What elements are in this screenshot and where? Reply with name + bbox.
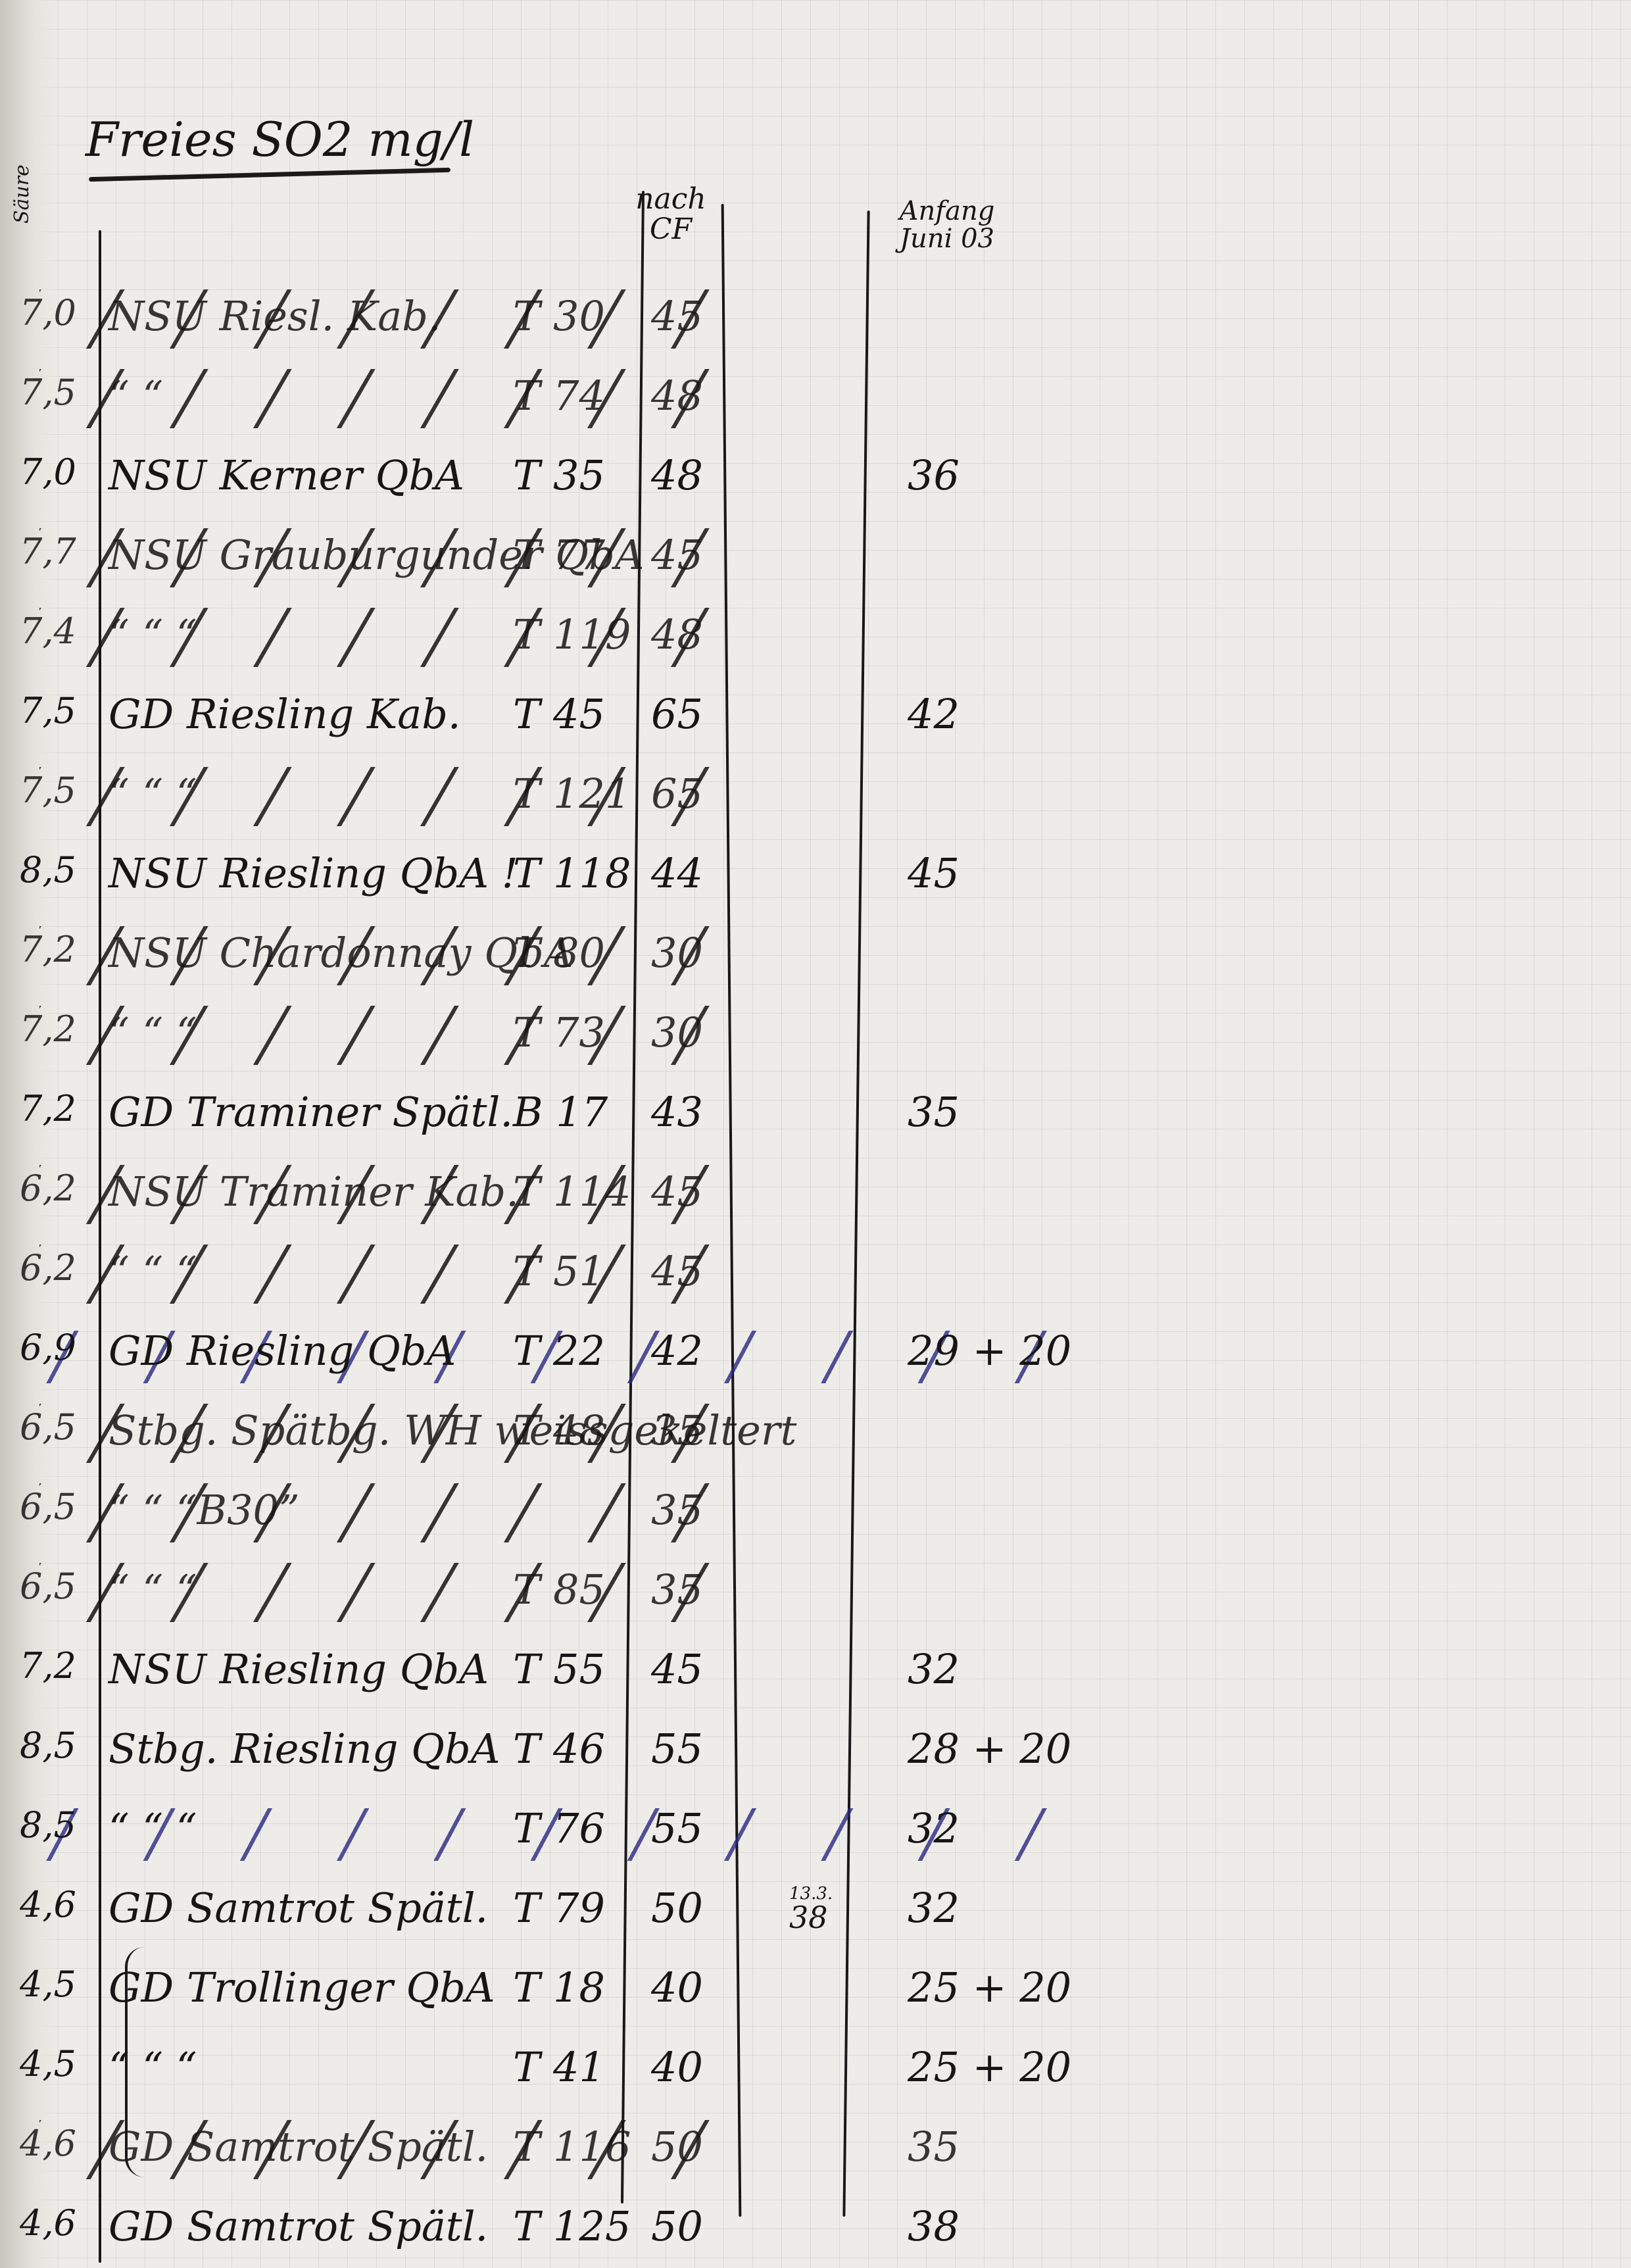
table-row: 7,0 NSU Kerner QbA T 35 48 36 [0,442,1631,521]
wine-name: “ “ “ [109,1247,197,1295]
table-row: 4,6 GD Samtrot Spätl. T 125 50 38 [0,2193,1631,2268]
tank-number: T 79 [513,1884,605,1932]
so2-after-cf: 45 [651,292,703,340]
so2-after-cf: 48 [651,451,703,499]
table-row: 6,5 “ “ “B30” 35 [0,1477,1631,1556]
wine-name: “ “ “ [109,610,197,658]
so2-june: 36 [908,451,960,499]
so2-after-cf: 42 [651,1327,703,1375]
table-row: 6,5 Stbg. Spätbg. WH weissgekeltert T 48… [0,1397,1631,1476]
table-row: 8,5 NSU Riesling QbA ! T 118 44 45 [0,840,1631,919]
so2-after-cf: 45 [651,1168,703,1216]
so2-after-cf: 30 [651,929,703,977]
acid-value: 4,5 [20,1963,76,2005]
wine-name: NSU Riesl. Kab. [109,292,441,340]
table-row: 4,5 “ “ “ T 41 40 25 + 20 [0,2034,1631,2113]
so2-after-cf: 30 [651,1008,703,1056]
wine-name: NSU Chardonnay QbA [109,929,573,977]
table-row: 7,4 “ “ “ T 119 48 [0,601,1631,680]
column-header-june: Anfang Juni 03 [881,197,1013,253]
tank-number: T 74 [513,372,605,420]
acid-value: 8,5 [20,1804,76,1846]
wine-name: NSU Traminer Kab. [109,1168,519,1216]
so2-june: 38 [908,2202,960,2250]
acid-value: 7,5 [20,690,76,731]
so2-after-cf: 45 [651,1645,703,1693]
wine-name: GD Samtrot Spätl. [109,1884,488,1932]
tank-number: B 17 [513,1088,608,1136]
acid-value: 7,0 [20,292,76,333]
so2-after-cf: 48 [651,372,703,420]
so2-after-cf: 35 [651,1565,703,1614]
acid-value: 4,6 [20,1884,76,1925]
acid-value: 7,7 [20,531,76,572]
table-row: 4,6 GD Samtrot Spätl. T 116 50 35 [0,2113,1631,2192]
notebook-page: Freies SO2 mg/l Säure nach CF Anfang Jun… [0,0,1631,2268]
table-row: 6,2 NSU Traminer Kab. T 114 45 [0,1158,1631,1237]
acid-value: 7,2 [20,1008,76,1050]
tank-number: T 22 [513,1327,605,1375]
title-underline [89,168,450,182]
acid-value: 7,5 [20,372,76,413]
so2-after-cf: 48 [651,610,703,658]
tank-number: T 121 [513,770,631,818]
tank-number: T 118 [513,849,631,897]
tank-number: T 30 [513,292,605,340]
acid-value: 7,0 [20,451,76,493]
acid-value: 6,5 [20,1406,76,1448]
acid-value: 7,5 [20,770,76,811]
so2-june: 32 [908,1804,960,1852]
so2-june: 35 [908,2123,960,2171]
table-row: 4,6 GD Samtrot Spätl. T 79 50 13.3.38 32 [0,1875,1631,1954]
so2-after-cf: 45 [651,531,703,579]
so2-after-cf: 40 [651,2043,703,2091]
column-header-acid: Säure [12,164,33,224]
acid-value: 8,5 [20,1725,76,1766]
table-row: 7,0 NSU Riesl. Kab. T 30 45 [0,283,1631,362]
acid-value: 4,6 [20,2123,76,2164]
so2-after-cf: 43 [651,1088,703,1136]
tank-number: T 35 [513,451,605,499]
so2-june: 35 [908,1088,960,1136]
acid-value: 7,2 [20,1088,76,1129]
acid-value: 8,5 [20,849,76,891]
so2-after-cf: 40 [651,1963,703,2011]
table-row: 8,5 Stbg. Riesling QbA T 46 55 28 + 20 [0,1715,1631,1794]
so2-june: 45 [908,849,960,897]
table-row: 7,5 “ “ “ T 121 65 [0,760,1631,839]
wine-name: GD Traminer Spätl. [109,1088,513,1136]
so2-after-cf: 55 [651,1725,703,1773]
tank-number: T 18 [513,1963,605,2011]
wine-name: “ “ “ [109,1565,197,1614]
table-row: 7,5 GD Riesling Kab. T 45 65 42 [0,681,1631,760]
tank-number: T 116 [513,2123,631,2171]
table-row: 4,5 GD Trollinger QbA T 18 40 25 + 20 [0,1954,1631,2033]
tank-number: T 51 [513,1247,605,1295]
wine-name: GD Riesling QbA [109,1327,456,1375]
table-row: 7,5 “ “ T 74 48 [0,362,1631,441]
table-row: 6,2 “ “ “ T 51 45 [0,1238,1631,1317]
acid-value: 4,5 [20,2043,76,2084]
wine-name: “ “ “ [109,770,197,818]
so2-after-cf: 50 [651,2123,703,2171]
tank-number: T 85 [513,1565,605,1614]
so2-june: 32 [908,1645,960,1693]
so2-after-cf: 44 [651,849,703,897]
tank-number: T 119 [513,610,631,658]
tank-number: T 73 [513,1008,605,1056]
tank-number: T 80 [513,929,605,977]
so2-interim: 13.3.38 [789,1884,833,1935]
wine-name: “ “ [109,372,163,420]
tank-number: T 125 [513,2202,631,2250]
acid-value: 6,2 [20,1168,76,1209]
wine-name: NSU Riesling QbA [109,1645,489,1693]
tank-number: T 48 [513,1406,605,1454]
wine-name: “ “ “B30” [109,1486,300,1534]
so2-june: 25 + 20 [908,1963,1071,2011]
wine-name: Stbg. Riesling QbA [109,1725,500,1773]
tank-number: T 55 [513,1645,605,1693]
acid-value: 6,2 [20,1247,76,1289]
so2-june: 29 + 20 [908,1327,1071,1375]
tank-number: T 114 [513,1168,631,1216]
table-row: 7,2 NSU Riesling QbA T 55 45 32 [0,1636,1631,1715]
acid-value: 7,2 [20,1645,76,1687]
table-row: 7,2 NSU Chardonnay QbA T 80 30 [0,920,1631,998]
so2-after-cf: 55 [651,1804,703,1852]
acid-value: 6,5 [20,1565,76,1607]
acid-value: 7,2 [20,929,76,970]
wine-name: GD Samtrot Spätl. [109,2202,488,2250]
so2-after-cf: 50 [651,2202,703,2250]
table-row: 6,5 “ “ “ T 85 35 [0,1556,1631,1635]
tank-number: T 76 [513,1804,605,1852]
table-row: 8,5 “ “ “ T 76 55 32 [0,1795,1631,1874]
so2-after-cf: 65 [651,770,703,818]
tank-number: T 41 [513,2043,605,2091]
so2-after-cf: 65 [651,690,703,738]
so2-after-cf: 50 [651,1884,703,1932]
so2-june: 32 [908,1884,960,1932]
so2-june: 28 + 20 [908,1725,1071,1773]
wine-name: NSU Kerner QbA [109,451,464,499]
page-title: Freies SO2 mg/l [85,112,474,167]
so2-after-cf: 35 [651,1406,703,1454]
wine-name: GD Samtrot Spätl. [109,2123,488,2171]
wine-name: “ “ “ [109,1804,197,1852]
table-row: 7,2 GD Traminer Spätl. B 17 43 35 [0,1079,1631,1158]
wine-name: NSU Riesling QbA ! [109,849,518,897]
so2-june: 25 + 20 [908,2043,1071,2091]
table-row: 6,9 GD Riesling QbA T 22 42 29 + 20 [0,1318,1631,1396]
tank-number: T 45 [513,690,605,738]
acid-value: 4,6 [20,2202,76,2244]
so2-after-cf: 45 [651,1247,703,1295]
acid-value: 6,5 [20,1486,76,1527]
table-row: 7,7 NSU Grauburgunder QbA T 77 45 [0,522,1631,601]
wine-name: GD Riesling Kab. [109,690,461,738]
wine-name: “ “ “ [109,1008,197,1056]
table-row: 7,2 “ “ “ T 73 30 [0,999,1631,1078]
wine-name: GD Trollinger QbA [109,1963,495,2011]
wine-name: “ “ “ [109,2043,197,2091]
acid-value: 7,4 [20,610,76,652]
acid-value: 6,9 [20,1327,76,1368]
so2-after-cf: 35 [651,1486,703,1534]
tank-number: T 77 [513,531,605,579]
tank-number: T 46 [513,1725,605,1773]
so2-june: 42 [908,690,960,738]
